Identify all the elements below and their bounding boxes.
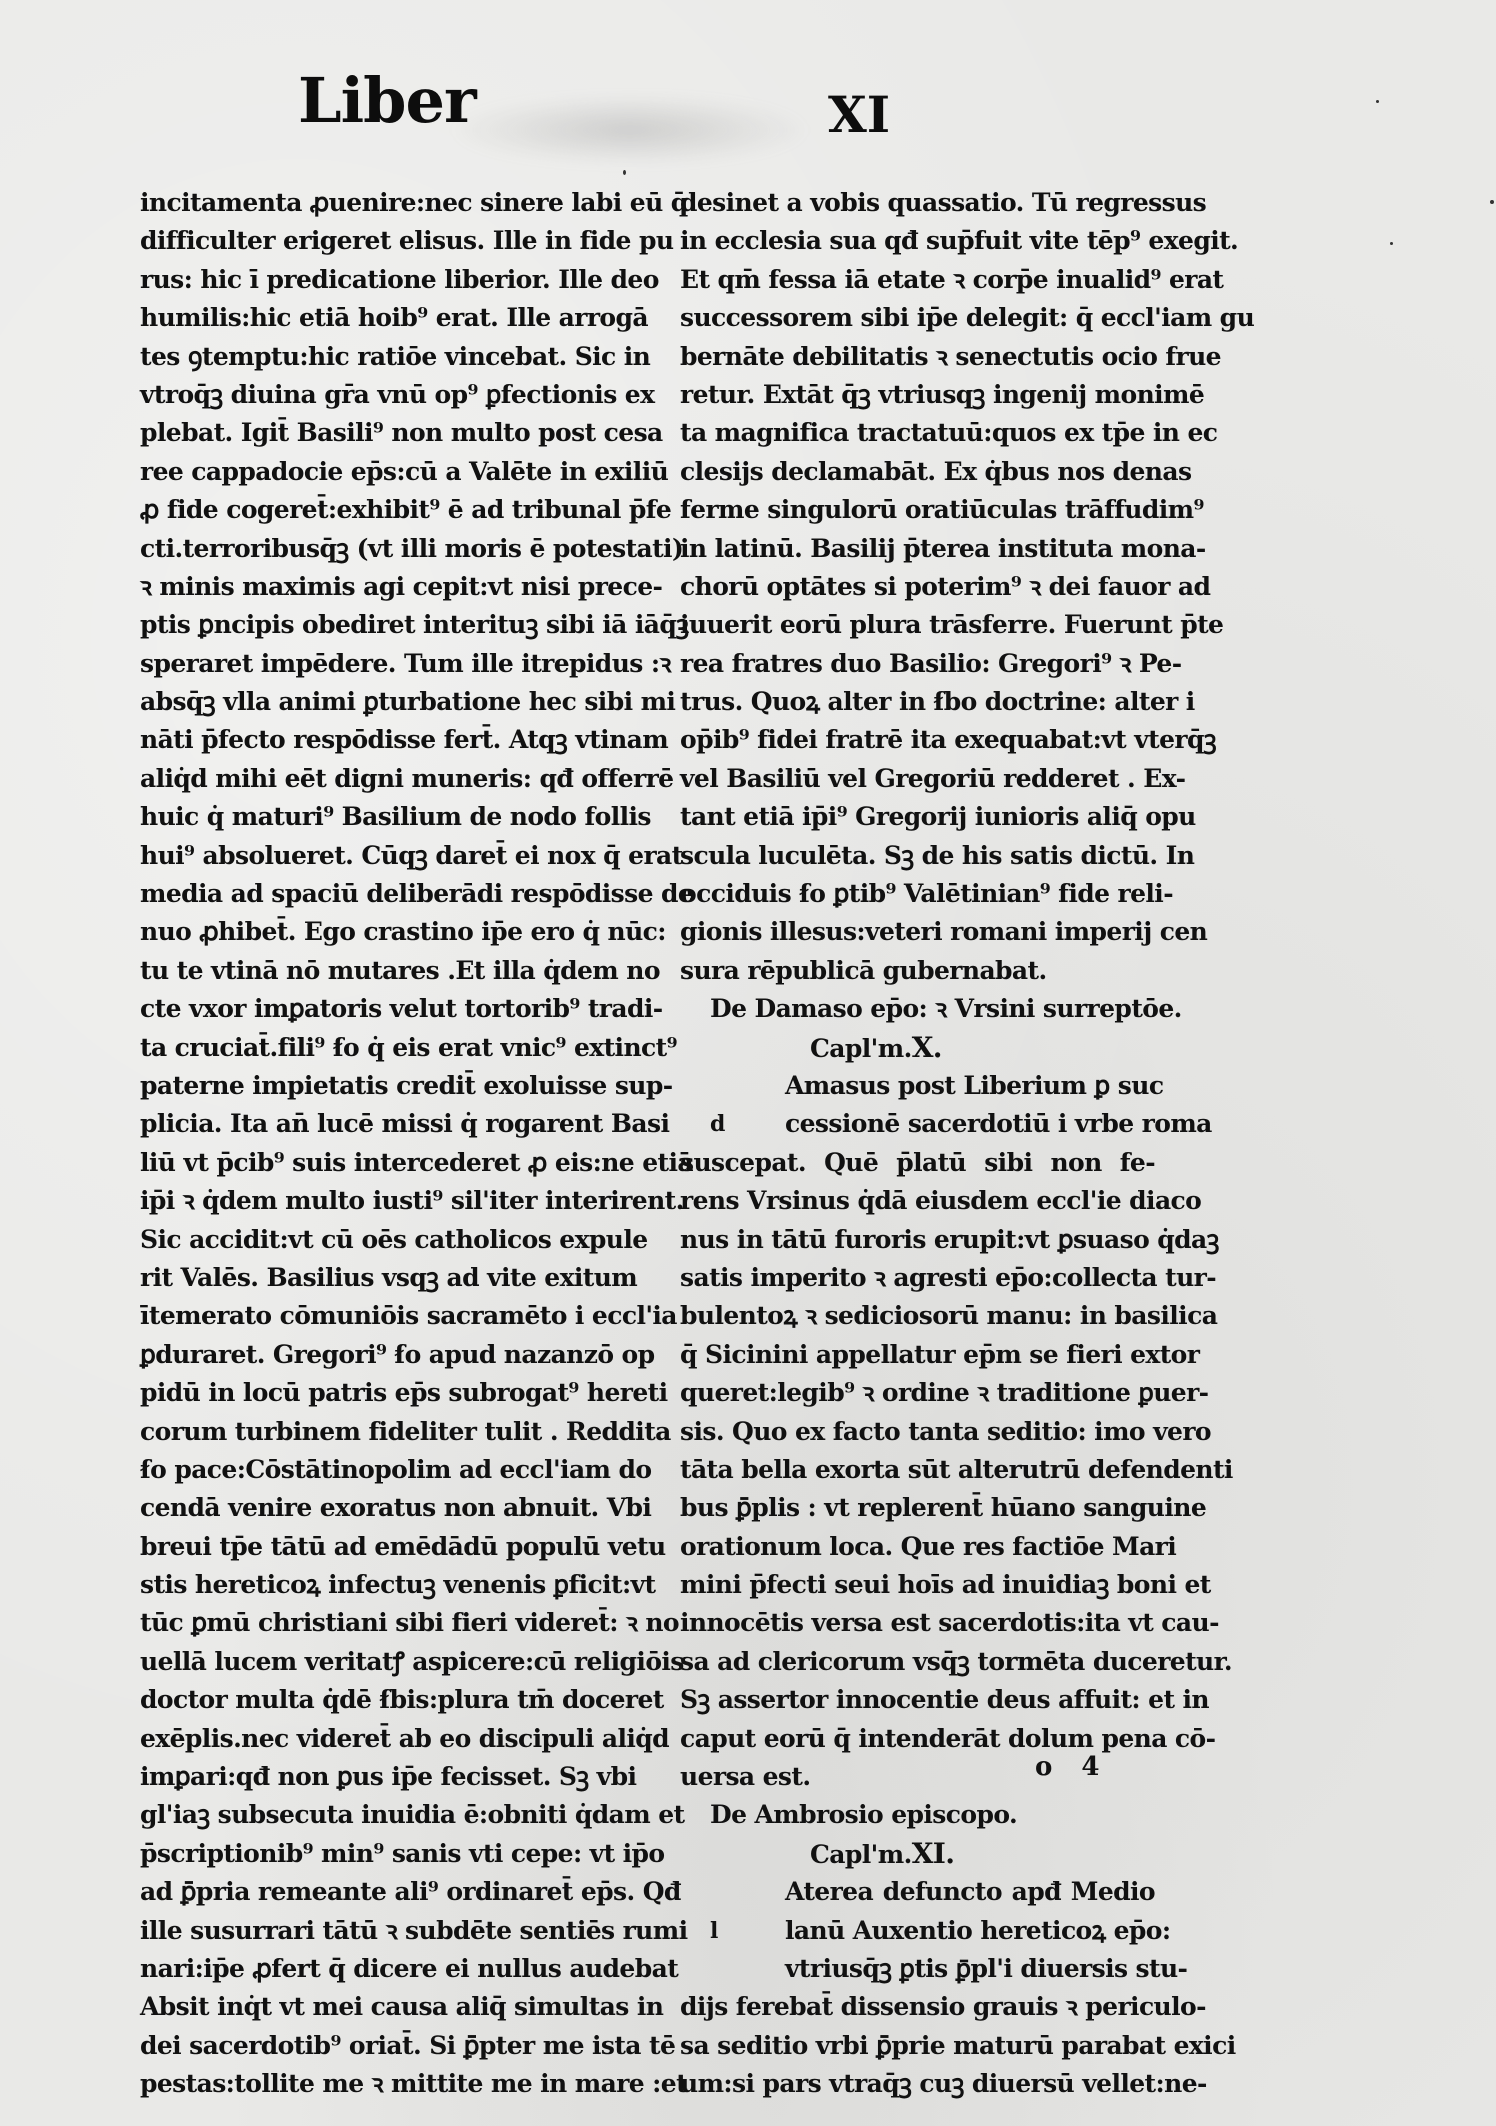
text-line: bernāte debilitatis ꝛ senectutis ocio fr… [680, 338, 1155, 376]
guide-letter-initial: d [710, 1105, 725, 1143]
text-line: clesijs declamabāt. Ex q̇bus nos denas [680, 453, 1155, 491]
chapter-heading-prefix: Capl'm. [810, 1840, 912, 1869]
paper-speck [623, 170, 626, 175]
text-line: nus in tātū furoris erupit:vt ꝑsuaso q̇d… [680, 1221, 1155, 1259]
text-line: Et qm̄ fessa iā etate ꝛ corp̄e inualid⁹ … [680, 261, 1155, 299]
text-line: ille susurrari tātū ꝛ subdēte sentiēs ru… [140, 1912, 635, 1950]
text-line: cte vxor imꝑatoris velut tortorib⁹ tradi… [140, 990, 635, 1028]
chapter-second-line-text: cessionē sacerdotiū i vrbe roma [785, 1109, 1212, 1138]
text-line: Absit inq̇t vt mei causa aliq̄ simultas … [140, 1988, 635, 2026]
text-line: ferme singulorū oratiūculas trāffudim⁹ [680, 491, 1155, 529]
text-line: cti.terroribusq̄ꝫ (vt illi moris ē potes… [140, 530, 635, 568]
text-line: chorū optātes si poterim⁹ ꝛ dei fauor ad [680, 568, 1155, 606]
text-line: mini p̄fecti seui hoīs ad inuidiaꝫ boni … [680, 1566, 1155, 1604]
text-line: rit Valēs. Basilius vsqꝫ ad vite exitum [140, 1259, 635, 1297]
text-line: trus. Quoꝝ alter in ẜbo doctrine: alter … [680, 683, 1155, 721]
running-head-liber: Liber [298, 70, 476, 132]
text-line: ta cruciat̄.fili⁹ ẜo q̇ eis erat vnic⁹ e… [140, 1029, 635, 1067]
text-line: dei sacerdotib⁹ oriat̄. Si ꝑ̄pter me ist… [140, 2027, 635, 2065]
chapter-heading-prefix: Capl'm. [810, 1034, 912, 1063]
text-line: cendā venire exoratus non abnuit. Vbi [140, 1489, 635, 1527]
text-line: rus: hic ī predicatione liberior. Ille d… [140, 261, 635, 299]
text-line: ꝛ minis maximis agi cepit:vt nisi prece- [140, 568, 635, 606]
text-line: sa ad clericorum vsq̄ꝫ tormēta duceretur… [680, 1643, 1155, 1681]
text-line: ꝑduraret. Gregori⁹ ẜo apud nazanzō op [140, 1336, 635, 1374]
text-line: paterne impietatis credit̄ exoluisse sup… [140, 1067, 635, 1105]
text-line: queret:legib⁹ ꝛ ordine ꝛ traditione ꝑuer… [680, 1374, 1155, 1412]
text-line: ītemerato cōmuniōis sacramēto i eccl'ia [140, 1297, 635, 1335]
text-line: rens Vrsinus q̇dā eiusdem eccl'ie diaco [680, 1182, 1155, 1220]
text-line: breui tp̄e tātū ad emēdādū populū vetu [140, 1528, 635, 1566]
text-line: plebat. Igit̄ Basili⁹ non multo post ces… [140, 414, 635, 452]
incunable-page: Liber XI incitamenta ꝓuenire:nec sinere … [0, 0, 1496, 2126]
text-line: suscepat. Quē p̄latū sibi non fe- [680, 1144, 1155, 1182]
text-line: um:si pars vtraq̄ꝫ cuꝫ diuersū vellet:ne… [680, 2065, 1155, 2103]
text-line: stis hereticoꝝ infectuꝫ venenis ꝑficit:v… [140, 1566, 635, 1604]
text-line: ta magnifica tractatuū:quos ex tp̄e in e… [680, 414, 1155, 452]
text-line: occiduis ẜo ꝑtib⁹ Valētinian⁹ fide reli- [680, 875, 1155, 913]
text-line: media ad spaciū deliberādi respōdisse de [140, 875, 635, 913]
text-line: aliq̇d mihi eēt digni muneris: qđ offerr… [140, 760, 635, 798]
chapter-third-line: vtriusq̄ꝫ ꝑtis ꝑ̄pl'i diuersis stu- [680, 1950, 1155, 1988]
text-line: huic q̇ maturi⁹ Basilium de nodo follis [140, 798, 635, 836]
text-line: desinet a vobis quassatio. Tū regressus [680, 184, 1155, 222]
text-line: bus ꝑ̄plis : vt replerent̄ hūano sanguin… [680, 1489, 1155, 1527]
text-line: nāti p̄fecto respōdisse fert̄. Atqꝫ vtin… [140, 721, 635, 759]
text-line: ptis ꝑncipis obediret interituꝫ sibi iā … [140, 606, 635, 644]
text-line: bulentoꝝ ꝛ sediciosorū manu: in basilica [680, 1297, 1155, 1335]
text-line: q̄ Sicinini appellatur ep̄m se fieri ext… [680, 1336, 1155, 1374]
text-line: scula luculēta. Sꝫ de his satis dictū. I… [680, 837, 1155, 875]
text-line: pidū in locū patris ep̄s subrogat⁹ heret… [140, 1374, 635, 1412]
text-line: liū vt p̄cib⁹ suis intercederet ꝓ eis:ne… [140, 1144, 635, 1182]
text-line: p̄scriptionib⁹ min⁹ sanis vti cepe: vt i… [140, 1835, 635, 1873]
text-line: absq̄ꝫ vlla animi ꝑturbatione hec sibi m… [140, 683, 635, 721]
text-line: sura rēpublicā gubernabat. [680, 952, 1155, 990]
chapter-number: XI. [912, 1837, 955, 1870]
text-line: difficulter erigeret elisus. Ille in fid… [140, 222, 635, 260]
chapter-first-line: Aterea defuncto apđ Medio [680, 1873, 1155, 1911]
paper-speck [1390, 242, 1393, 245]
chapter-heading-xi: Capl'm.XI. [680, 1835, 1155, 1873]
text-line: in latinū. Basilij p̄terea instituta mon… [680, 530, 1155, 568]
text-line: humilis:hic etiā hoib⁹ erat. Ille arrogā [140, 299, 635, 337]
text-column-left: incitamenta ꝓuenire:nec sinere labi eū q… [140, 184, 635, 2104]
text-line: plicia. Ita an̄ lucē missi q̇ rogarent B… [140, 1105, 635, 1143]
paper-speck [1376, 100, 1379, 103]
text-line: incitamenta ꝓuenire:nec sinere labi eū q… [140, 184, 635, 222]
text-line: iuuerit eorū plura trāsferre. Fuerunt p̄… [680, 606, 1155, 644]
text-line: successorem sibi ip̄e delegit: q̄ eccl'i… [680, 299, 1155, 337]
text-line: rea fratres duo Basilio: Gregori⁹ ꝛ Pe- [680, 645, 1155, 683]
text-line: tu te vtinā nō mutares .Et illa q̇dem no [140, 952, 635, 990]
text-line: dijs ferebat̄ dissensio grauis ꝛ pericul… [680, 1988, 1155, 2026]
chapter-second-line: l lanū Auxentio hereticoꝝ ep̄o: [680, 1912, 1155, 1950]
chapter-number: X. [912, 1031, 942, 1064]
text-line: gionis illesus:veteri romani imperij cen [680, 913, 1155, 951]
signature-mark: o 4 [1035, 1752, 1109, 1782]
text-column-right: desinet a vobis quassatio. Tū regressusi… [680, 184, 1155, 2104]
text-line: ree cappadocie ep̄s:cū a Valēte in exili… [140, 453, 635, 491]
chapter-second-line: d cessionē sacerdotiū i vrbe roma [680, 1105, 1155, 1143]
text-line: in ecclesia sua qđ sup̄fuit vite tēp⁹ ex… [680, 222, 1155, 260]
text-line: sa seditio vrbi ꝑ̄prie maturū parabat ex… [680, 2027, 1155, 2065]
text-line: nuo ꝓhibet̄. Ego crastino ip̄e ero q̇ nū… [140, 913, 635, 951]
chapter-first-line: Amasus post Liberium ꝑ suc [680, 1067, 1155, 1105]
text-line: corum turbinem fideliter tulit . Reddita [140, 1413, 635, 1451]
text-line: ad ꝑ̄pria remeante ali⁹ ordinaret̄ ep̄s.… [140, 1873, 635, 1911]
paper-speck [1490, 200, 1494, 204]
text-line: Sic accidit:vt cū oēs catholicos expule [140, 1221, 635, 1259]
running-head-book-number: XI [828, 90, 890, 140]
text-line: ip̄i ꝛ q̇dem multo iusti⁹ sil'iter inter… [140, 1182, 635, 1220]
text-line: doctor multa q̇dē ẜbis:plura tm̄ doceret [140, 1681, 635, 1719]
text-line: satis imperito ꝛ agresti ep̄o:collecta t… [680, 1259, 1155, 1297]
text-line: hui⁹ absolueret. Cūqꝫ daret̄ ei nox q̄ e… [140, 837, 635, 875]
chapter-rubric-damasus: De Damaso ep̄o: ꝛ Vrsini surreptōe. [680, 990, 1155, 1028]
text-line: gl'iaꝫ subsecuta inuidia ē:obniti q̇dam … [140, 1796, 635, 1834]
text-line: pestas:tollite me ꝛ mittite me in mare :… [140, 2065, 635, 2103]
chapter-heading-x: Capl'm.X. [680, 1029, 1155, 1067]
guide-letter-initial: l [710, 1912, 718, 1950]
text-line: tūc ꝑmū christiani sibi fieri videret̄: … [140, 1604, 635, 1642]
text-line: tāta bella exorta sūt alterutrū defenden… [680, 1451, 1155, 1489]
text-line: speraret impēdere. Tum ille itrepidus :ꝛ [140, 645, 635, 683]
text-line: tant etiā ip̄i⁹ Gregorij iunioris aliq̄ … [680, 798, 1155, 836]
text-line: exēplis.nec videret̄ ab eo discipuli ali… [140, 1720, 635, 1758]
text-line: op̄ib⁹ fidei fratrē ita exequabat:vt vte… [680, 721, 1155, 759]
text-line: retur. Extāt q̄ꝫ vtriusqꝫ ingenij monimē [680, 376, 1155, 414]
text-line: ẜo pace:Cōstātinopolim ad eccl'iam do [140, 1451, 635, 1489]
text-line: Sꝫ assertor innocentie deus affuit: et i… [680, 1681, 1155, 1719]
chapter-rubric-ambrose: De Ambrosio episcopo. [680, 1796, 1155, 1834]
text-line: imꝑari:qđ non ꝑus ip̄e fecisset. Sꝫ vbi [140, 1758, 635, 1796]
text-line: innocētis versa est sacerdotis:ita vt ca… [680, 1604, 1155, 1642]
text-line: nari:ip̄e ꝓfert q̄ dicere ei nullus aude… [140, 1950, 635, 1988]
text-line: uellā lucem veritatꝭ aspicere:cū religiō… [140, 1643, 635, 1681]
text-line: ꝓ fide cogeret̄:exhibit⁹ ē ad tribunal p… [140, 491, 635, 529]
text-line: orationum loca. Que res factiōe Mari [680, 1528, 1155, 1566]
text-line: sis. Quo ex facto tanta seditio: imo ver… [680, 1413, 1155, 1451]
chapter-second-line-text: lanū Auxentio hereticoꝝ ep̄o: [785, 1916, 1170, 1945]
ink-show-through [450, 95, 810, 165]
text-line: tes ꝯtemptu:hic ratiōe vincebat. Sic in [140, 338, 635, 376]
text-line: vtroq̄ꝫ diuina gr̄a vnū op⁹ ꝑfectionis e… [140, 376, 635, 414]
text-line: vel Basiliū vel Gregoriū redderet . Ex- [680, 760, 1155, 798]
